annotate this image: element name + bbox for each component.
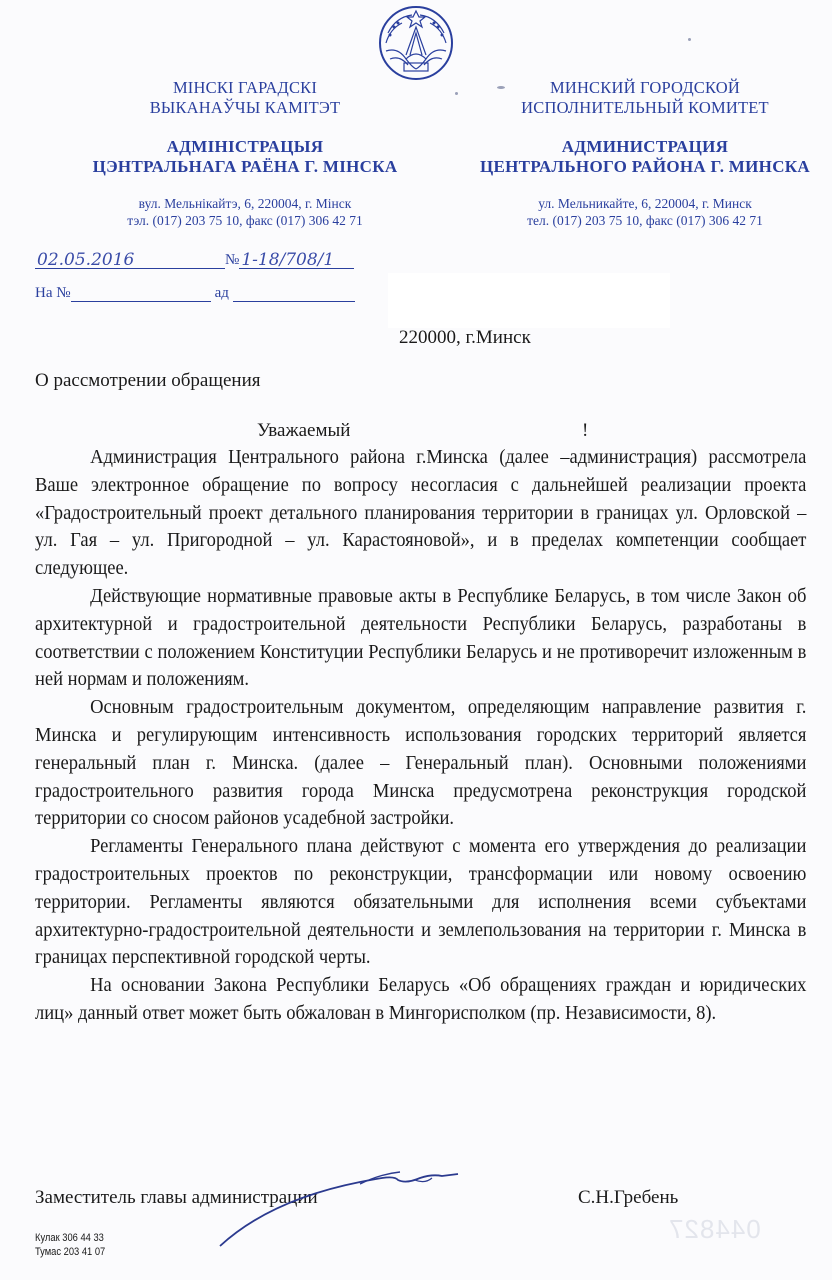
scan-speck bbox=[688, 38, 691, 41]
redacted-recipient-address bbox=[388, 273, 670, 328]
state-emblem-icon bbox=[376, 3, 456, 83]
from-label: ад bbox=[215, 285, 229, 301]
contact-line: Кулак 306 44 33 bbox=[35, 1231, 105, 1245]
body-paragraph: Регламенты Генерального плана действуют … bbox=[35, 833, 806, 972]
address: ул. Мельникайте, 6, 220004, г. Минск bbox=[460, 195, 830, 212]
letter-subject: О рассмотрении обращения bbox=[35, 370, 261, 392]
org-name-line1: МИНСКИЙ ГОРОДСКОЙ bbox=[460, 78, 830, 98]
admin-name-line1: АДМИНИСТРАЦИЯ bbox=[460, 137, 830, 157]
contact-line: Тумас 203 41 07 bbox=[35, 1245, 105, 1259]
reply-reference: На №ад bbox=[35, 285, 355, 302]
executor-contacts: Кулак 306 44 33 Тумас 203 41 07 bbox=[35, 1231, 105, 1259]
body-paragraph: Действующие нормативные правовые акты в … bbox=[35, 583, 806, 694]
org-name-line2: ИСПОЛНИТЕЛЬНЫЙ КОМИТЕТ bbox=[460, 98, 830, 118]
handwritten-signature-icon bbox=[210, 1170, 460, 1250]
body-paragraph: Администрация Центрального района г.Минс… bbox=[35, 444, 806, 583]
org-name-line1: МІНСКІ ГАРАДСКІ bbox=[60, 78, 430, 98]
admin-name-line2: ЦЕНТРАЛЬНОГО РАЙОНА Г. МИНСКА bbox=[460, 157, 830, 177]
letter-number: 1-18/708/1 bbox=[241, 250, 334, 270]
scan-speck bbox=[455, 92, 458, 95]
letter-date: 02.05.2016 bbox=[37, 250, 134, 270]
reply-to-label: На № bbox=[35, 285, 71, 301]
signatory-name: С.Н.Гребень bbox=[578, 1187, 678, 1209]
body-paragraph: Основным градостроительным документом, о… bbox=[35, 694, 806, 833]
admin-name-line2: ЦЭНТРАЛЬНАГА РАЁНА Г. МІНСКА bbox=[60, 157, 430, 177]
number-label: № bbox=[225, 252, 239, 268]
org-name-line2: ВЫКАНАЎЧЫ КАМІТЭТ bbox=[60, 98, 430, 118]
recipient-city: 220000, г.Минск bbox=[399, 327, 531, 349]
letterhead-belarusian: МІНСКІ ГАРАДСКІ ВЫКАНАЎЧЫ КАМІТЭТ АДМІНІ… bbox=[60, 78, 430, 229]
greeting-salutation: Уважаемый bbox=[257, 420, 350, 442]
registration-date-number: 02.05.2016 № 1-18/708/1 bbox=[35, 252, 354, 269]
phones: тел. (017) 203 75 10, факс (017) 306 42 … bbox=[460, 212, 830, 229]
show-through-number: 044827 bbox=[668, 1214, 761, 1245]
scan-speck bbox=[497, 86, 505, 89]
body-paragraph: На основании Закона Республики Беларусь … bbox=[35, 972, 806, 1028]
phones: тэл. (017) 203 75 10, факс (017) 306 42 … bbox=[60, 212, 430, 229]
letter-body: Администрация Центрального района г.Минс… bbox=[35, 444, 806, 1028]
admin-name-line1: АДМІНІСТРАЦЫЯ bbox=[60, 137, 430, 157]
address: вул. Мельнікайтэ, 6, 220004, г. Мінск bbox=[60, 195, 430, 212]
letterhead-russian: МИНСКИЙ ГОРОДСКОЙ ИСПОЛНИТЕЛЬНЫЙ КОМИТЕТ… bbox=[460, 78, 830, 229]
greeting-exclamation: ! bbox=[582, 420, 588, 442]
